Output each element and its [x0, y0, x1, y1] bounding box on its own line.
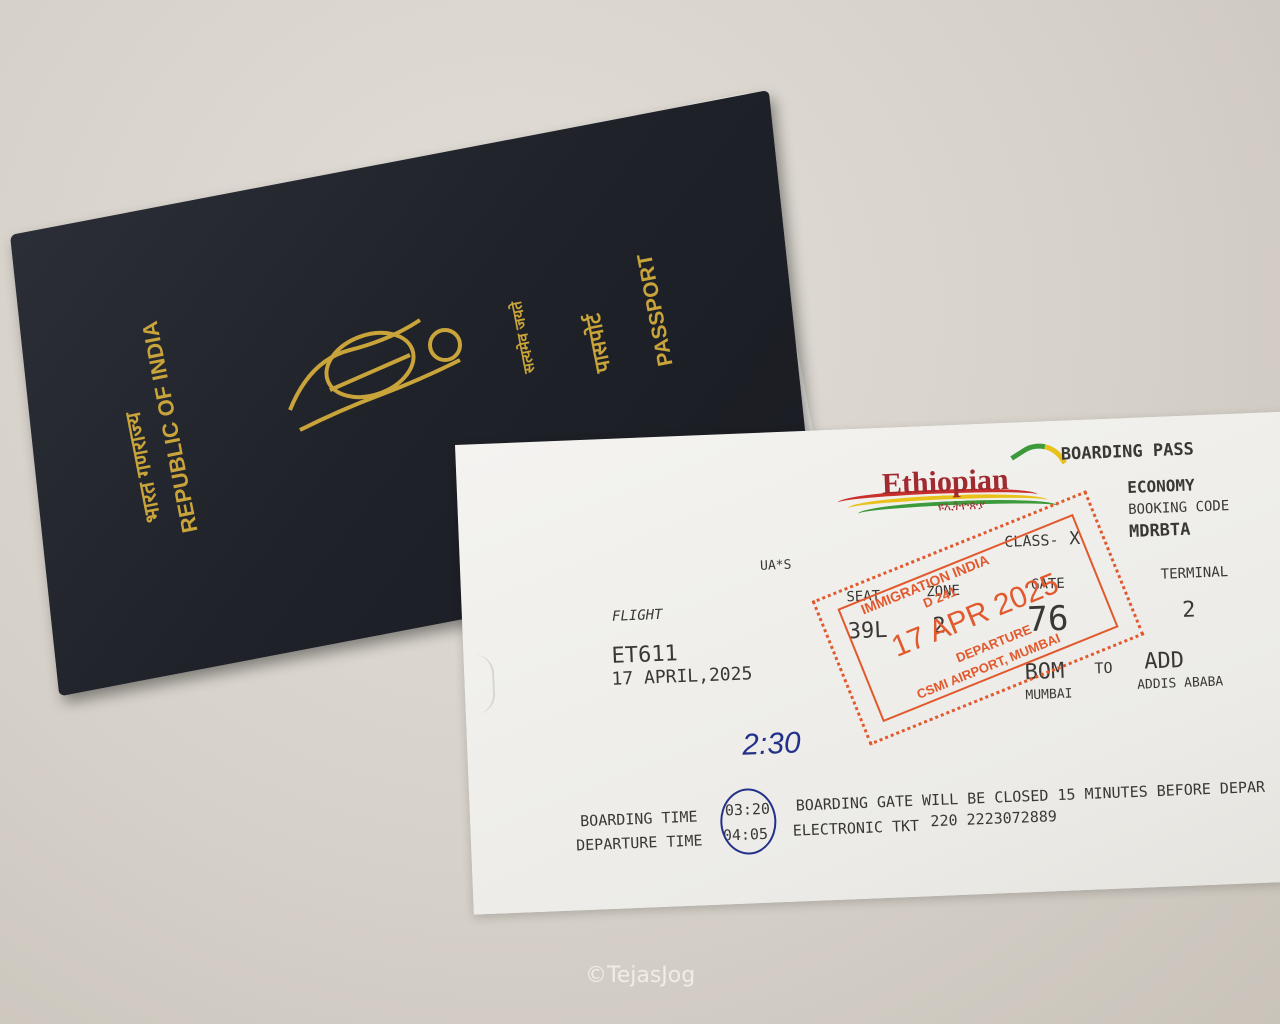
handwritten-circle: [719, 787, 778, 855]
ticket-label: ELECTRONIC TKT: [792, 817, 919, 840]
destination-city: ADDIS ABABA: [1137, 674, 1224, 692]
flight-label: FLIGHT: [612, 607, 663, 625]
flight-date: 17 APRIL,2025: [611, 663, 753, 690]
photo-credit: ©TejasJog: [585, 963, 695, 988]
airline-amharic: ዩኢትዮጵያ: [938, 498, 986, 515]
booking-code-label: BOOKING CODE: [1128, 498, 1230, 518]
handwritten-note: 2:30: [742, 726, 802, 762]
lion-capital-emblem-icon: [270, 300, 470, 450]
airline-logo: Ethiopian: [881, 463, 1009, 502]
terminal: 2: [1182, 597, 1196, 623]
flight-number: ET611: [611, 641, 678, 669]
to-label: TO: [1094, 659, 1113, 678]
tear-notch: [461, 654, 495, 715]
booking-code: MDRBTA: [1129, 520, 1191, 542]
logo-wing-icon: [1010, 432, 1067, 486]
boarding-time-label: BOARDING TIME: [580, 808, 698, 831]
destination-code: ADD: [1144, 648, 1185, 675]
ticket-number: 220 2223072889: [930, 807, 1057, 830]
origin-city: MUMBAI: [1025, 686, 1073, 703]
departure-time-label: DEPARTURE TIME: [576, 831, 703, 854]
partial-text: UA*S: [760, 558, 792, 574]
terminal-label: TERMINAL: [1160, 564, 1228, 583]
boarding-pass-header: BOARDING PASS: [1060, 439, 1194, 464]
cabin-class: ECONOMY: [1127, 475, 1195, 497]
